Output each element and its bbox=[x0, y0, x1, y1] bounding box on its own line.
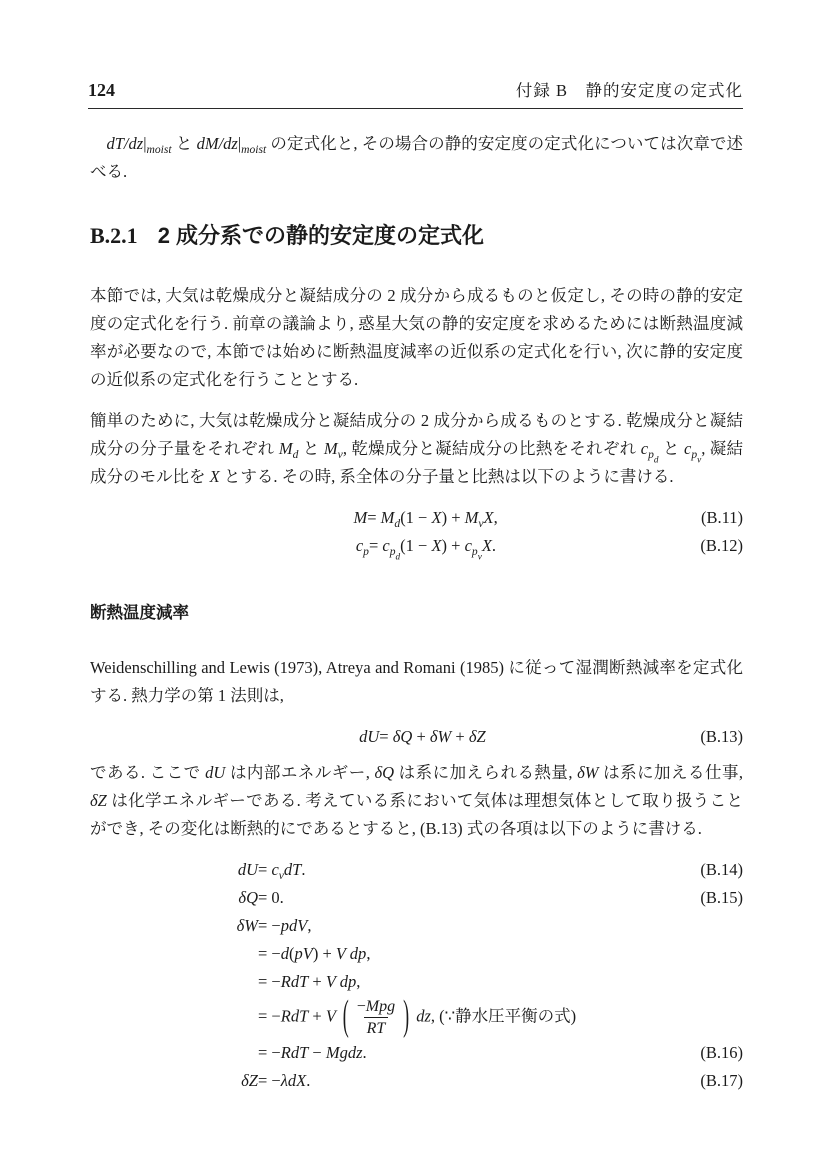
equation-work-line2: = −d(pV) + V dp, bbox=[90, 940, 743, 968]
equation-b12: cp = cpd(1 − X) + cpvX. (B.12) bbox=[90, 532, 743, 560]
equation-pair: M = Md(1 − X) + MvX, (B.11) cp = cpd(1 −… bbox=[90, 504, 743, 560]
equation-rhs: = −RdT − Mgdz. bbox=[258, 1039, 743, 1067]
spacer bbox=[90, 109, 743, 130]
section-number: B.2.1 bbox=[90, 223, 138, 248]
equation-number: (B.11) bbox=[701, 504, 743, 532]
equation-b17: δZ = −λdX. (B.17) bbox=[90, 1067, 743, 1095]
equation-number: (B.16) bbox=[700, 1039, 743, 1067]
equation-rhs: = −d(pV) + V dp, bbox=[258, 940, 743, 968]
equation-number: (B.12) bbox=[700, 532, 743, 560]
equation-b11: M = Md(1 − X) + MvX, (B.11) bbox=[90, 504, 743, 532]
subsection-heading: 断熱温度減率 bbox=[90, 599, 743, 627]
equation-number: (B.15) bbox=[700, 884, 743, 912]
equation-lhs: dU bbox=[90, 856, 258, 884]
equation-number: (B.14) bbox=[700, 856, 743, 884]
equation-b13: dU = δQ + δW + δZ (B.13) bbox=[90, 723, 743, 751]
equation-number: (B.17) bbox=[700, 1067, 743, 1095]
page-number: 124 bbox=[88, 76, 115, 104]
equation-lhs: M bbox=[335, 504, 367, 532]
equation-rhs: = cpd(1 − X) + cpvX. bbox=[369, 532, 496, 560]
section-title: 2 成分系での静的安定度の定式化 bbox=[158, 223, 484, 248]
intro-paragraph: dT/dz|moist と dM/dz|moist の定式化と, その場合の静的… bbox=[90, 130, 743, 186]
equation-b15: δQ = 0. (B.15) bbox=[90, 884, 743, 912]
equation-rhs: = −pdV, bbox=[258, 912, 743, 940]
equation-lhs: cp bbox=[337, 532, 369, 560]
equation-lhs: dU bbox=[347, 723, 379, 751]
equation-lhs: δZ bbox=[90, 1067, 258, 1095]
document-page: 124 付録 B 静的安定度の定式化 dT/dz|moist と dM/dz|m… bbox=[0, 0, 826, 1169]
terms-paragraph: である. ここで dU は内部エネルギー, δQ は系に加えられる熱量, δW … bbox=[90, 759, 743, 843]
chapter-title: 付録 B 静的安定度の定式化 bbox=[516, 77, 743, 105]
running-header: 124 付録 B 静的安定度の定式化 bbox=[88, 76, 743, 109]
equation-rhs: = 0. bbox=[258, 884, 743, 912]
overview-paragraph: 本節では, 大気は乾燥成分と凝結成分の 2 成分から成るものと仮定し, その時の… bbox=[90, 282, 743, 394]
equation-rhs: = Md(1 − X) + MvX, bbox=[367, 504, 498, 532]
equation-work-line3: = −RdT + V dp, bbox=[90, 968, 743, 996]
equation-rhs: = −RdT + V dp, bbox=[258, 968, 743, 996]
lapse-rate-paragraph: Weidenschilling and Lewis (1973), Atreya… bbox=[90, 654, 743, 710]
equation-lhs: δW bbox=[90, 912, 258, 940]
equation-number: (B.13) bbox=[700, 723, 743, 751]
section-heading: B.2.12 成分系での静的安定度の定式化 bbox=[90, 223, 743, 249]
equation-rhs: = −RdT + V (−MpgRT) dz, (∵静水圧平衡の式) bbox=[258, 996, 743, 1039]
page-body: dT/dz|moist と dM/dz|moist の定式化と, その場合の静的… bbox=[90, 109, 743, 1095]
equation-rhs: = δQ + δW + δZ bbox=[379, 723, 485, 751]
equation-b14: dU = cvdT. (B.14) bbox=[90, 856, 743, 884]
equation-work-line1: δW = −pdV, bbox=[90, 912, 743, 940]
equation-rhs: = −λdX. bbox=[258, 1067, 743, 1095]
two-component-paragraph: 簡単のために, 大気は乾燥成分と凝結成分の 2 成分から成るものとする. 乾燥成… bbox=[90, 407, 743, 491]
derivation-block: dU = cvdT. (B.14) δQ = 0. (B.15) δW = −p… bbox=[90, 856, 743, 1095]
equation-work-line4-hydrostatic: = −RdT + V (−MpgRT) dz, (∵静水圧平衡の式) bbox=[90, 996, 743, 1039]
equation-rhs: = cvdT. bbox=[258, 856, 743, 884]
equation-b16: = −RdT − Mgdz. (B.16) bbox=[90, 1039, 743, 1067]
equation-lhs: δQ bbox=[90, 884, 258, 912]
